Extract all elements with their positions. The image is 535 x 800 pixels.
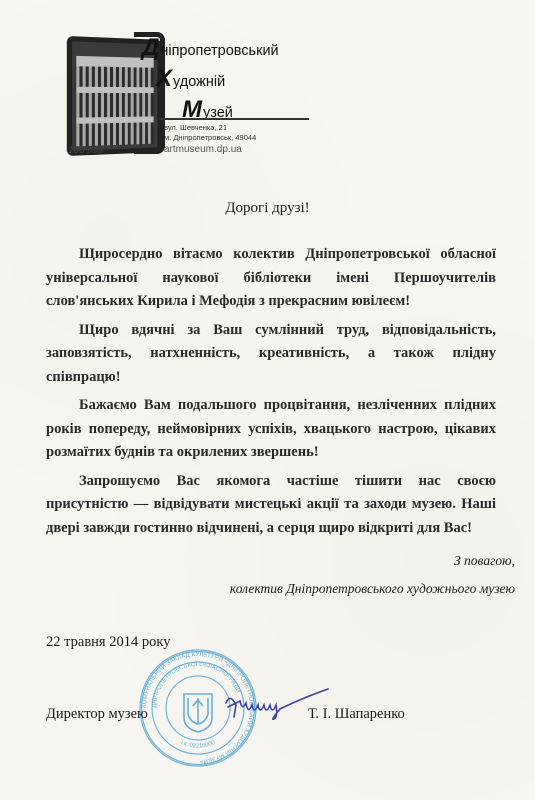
svg-text:і.к. 02216000: і.к. 02216000 <box>180 740 217 750</box>
trident-coat-of-arms-icon <box>184 694 212 732</box>
museum-website: artmuseum.dp.ua <box>164 143 256 156</box>
closing-sender: колектив Дніпропетровського художнього м… <box>230 581 515 597</box>
letter-body: Щиросердно вітаємо колектив Дніпропетров… <box>46 243 496 545</box>
museum-address: вул. Шевченка, 21 м. Дніпропетровськ, 49… <box>164 123 256 156</box>
museum-name: Дніпропетровський Художній Музей <box>142 36 279 122</box>
paragraph-invitation: Запрошуємо Вас якомога частіше тішити на… <box>46 470 496 541</box>
logo-divider <box>159 118 309 120</box>
signatory-name: Т. І. Шапаренко <box>308 706 405 723</box>
letter-greeting: Дорогі друзі! <box>0 200 535 217</box>
paragraph-wishes: Бажаємо Вам подальшого процвітання, незл… <box>46 394 496 465</box>
anniversary-label: 100 років <box>68 145 104 156</box>
paragraph-congratulations: Щиросердно вітаємо колектив Дніпропетров… <box>46 243 496 314</box>
address-city: м. Дніпропетровськ, 49044 <box>164 133 256 142</box>
museum-logo: Дніпропетровський Художній Музей вул. Ше… <box>64 30 314 160</box>
closing-salutation: З повагою, <box>230 553 515 569</box>
letter-closing: З повагою, колектив Дніпропетровського х… <box>230 553 515 597</box>
signatory-title: Директор музею <box>46 706 148 723</box>
letter-page: Дніпропетровський Художній Музей вул. Ше… <box>0 0 535 800</box>
stamp-code: і.к. 02216000 <box>180 740 217 750</box>
address-street: вул. Шевченка, 21 <box>164 123 227 132</box>
paragraph-gratitude: Щиро вдячні за Ваш сумлінний труд, відпо… <box>46 319 496 390</box>
